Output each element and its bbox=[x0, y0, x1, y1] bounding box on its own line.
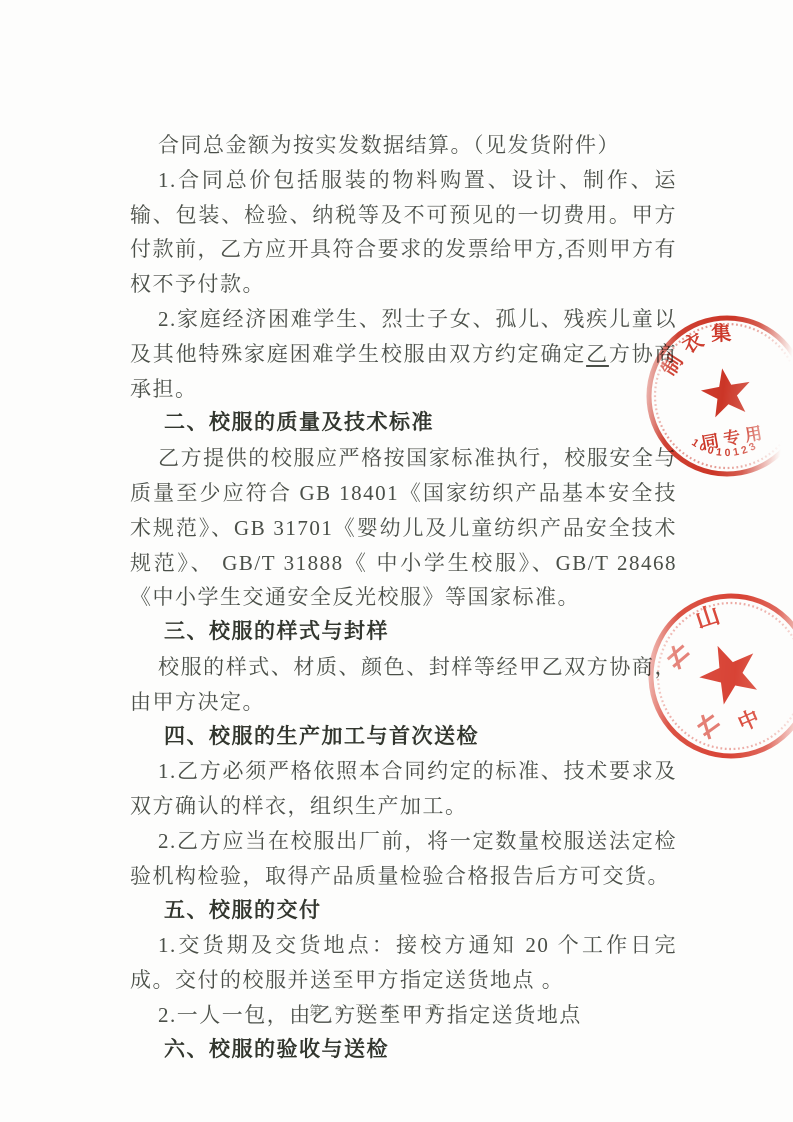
paragraph: 1.合同总价包括服装的物料购置、设计、制作、运输、包装、检验、纳税等及不可预见的… bbox=[130, 163, 677, 302]
seal-caption-text: 中 bbox=[734, 704, 767, 736]
section-heading: 六、校服的验收与送检 bbox=[130, 1033, 677, 1068]
partial-glyph-fragment bbox=[664, 641, 694, 672]
section-heading: 四、校服的生产加工与首次送检 bbox=[130, 720, 677, 755]
contract-page: 合同总金额为按实发数据结算。（见发货附件） 1.合同总价包括服装的物料购置、设计… bbox=[0, 0, 793, 1122]
page-number: 第 3 页 共 7 页 bbox=[0, 1000, 774, 1019]
school-seal: 山 中 bbox=[636, 581, 793, 771]
section-heading: 三、校服的样式与封样 bbox=[130, 615, 677, 650]
paragraph: 2.家庭经济困难学生、烈士子女、孤儿、残疾儿童以及其他特殊家庭困难学生校服由双方… bbox=[130, 302, 677, 406]
section-heading: 五、校服的交付 bbox=[130, 894, 677, 929]
paragraph: 乙方提供的校服应严格按国家标准执行，校服安全与质量至少应符合 GB 18401《… bbox=[130, 441, 677, 615]
paragraph: 2.乙方应当在校服出厂前，将一定数量校服送法定检验机构检验，取得产品质量检验合格… bbox=[130, 824, 677, 894]
contract-body: 合同总金额为按实发数据结算。（见发货附件） 1.合同总价包括服装的物料购置、设计… bbox=[130, 128, 677, 1068]
paragraph: 校服的样式、材质、颜色、封样等经甲乙双方协商，由甲方决定。 bbox=[130, 650, 677, 720]
paragraph: 1.交货期及交货地点：接校方通知 20 个工作日完成。交付的校服并送至甲方指定送… bbox=[130, 928, 677, 998]
paragraph: 1.乙方必须严格依照本合同约定的标准、技术要求及双方确认的样衣，组织生产加工。 bbox=[130, 754, 677, 824]
underlined-text: 乙 bbox=[586, 342, 609, 366]
section-heading: 二、校服的质量及技术标准 bbox=[130, 406, 677, 441]
star-icon bbox=[698, 364, 755, 419]
star-icon bbox=[691, 634, 768, 709]
paragraph: 合同总金额为按实发数据结算。（见发货附件） bbox=[130, 128, 677, 163]
partial-glyph-fragment bbox=[694, 710, 723, 741]
company-contract-seal: 制衣集 同专用 10010123 bbox=[637, 306, 793, 486]
